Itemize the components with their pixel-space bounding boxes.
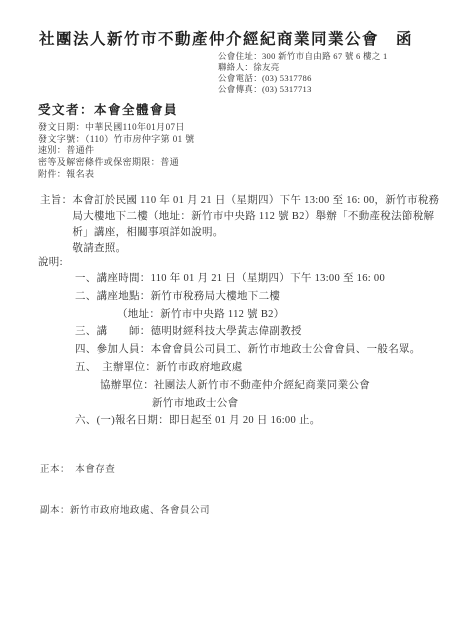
subject-section: 主旨： 本會訂於民國 110 年 01 月 21 日（星期四）下午 13:00 … (40, 193, 444, 257)
letter-page: 社團法人新竹市不動產仲介經紀商業同業公會 函 公會住址：300 新竹市自由路 6… (0, 0, 452, 640)
subject-body: 本會訂於民國 110 年 01 月 21 日（星期四）下午 13:00 至 16… (72, 193, 444, 257)
description-item: （地址：新竹市中央路 112 號 B2） (75, 306, 452, 324)
meta-line: 密等及解密條件或保密期限：普通 (38, 157, 195, 169)
description-item: 二、講座地點：新竹市稅務局大樓地下二樓 (75, 288, 452, 306)
subject-label: 主旨： (40, 193, 72, 257)
meta-line: 發文字號：（110）竹市房仲字第 01 號 (38, 134, 195, 146)
copy-duplicate-line: 副本：新竹市政府地政處、各會員公司 (40, 505, 210, 519)
description-label: 說明: (38, 254, 63, 269)
description-item: 五、 主辦單位：新竹市政府地政處 (75, 359, 452, 377)
recipient-line: 受文者：本會全體會員 (38, 100, 178, 118)
description-list: 一、講座時間：110 年 01 月 21 日（星期四）下午 13:00 至 16… (75, 270, 452, 430)
meta-line: 速別：普通件 (38, 145, 195, 157)
description-item: 六、(一)報名日期：即日起至 01 月 20 日 16:00 止。 (75, 412, 452, 430)
description-item: 協辦單位：社團法人新竹市不動產仲介經紀商業同業公會 (75, 377, 452, 395)
contact-line: 公會傳真：(03) 5317713 (218, 84, 388, 95)
contact-info: 公會住址：300 新竹市自由路 67 號 6 樓之 1聯絡人：徐友亮公會電話：(… (218, 51, 388, 95)
description-item: 四、參加人員：本會會員公司員工、新竹市地政士公會會員、一般名眾。 (75, 341, 452, 359)
copy-info: 正本： 本會存查 副本：新竹市政府地政處、各會員公司 (40, 437, 210, 545)
description-item: 一、講座時間：110 年 01 月 21 日（星期四）下午 13:00 至 16… (75, 270, 452, 288)
meta-info: 發文日期：中華民國110年01月07日發文字號：（110）竹市房仲字第 01 號… (38, 122, 195, 181)
meta-line: 發文日期：中華民國110年01月07日 (38, 122, 195, 134)
meta-line: 附件：報名表 (38, 169, 195, 181)
copy-original-line: 正本： 本會存查 (40, 464, 210, 478)
subject-closing: 敬請查照。 (72, 241, 444, 257)
contact-line: 公會電話：(03) 5317786 (218, 73, 388, 84)
description-item: 新竹市地政士公會 (75, 395, 452, 413)
contact-line: 聯絡人：徐友亮 (218, 62, 388, 73)
contact-line: 公會住址：300 新竹市自由路 67 號 6 樓之 1 (218, 51, 388, 62)
subject-text: 本會訂於民國 110 年 01 月 21 日（星期四）下午 13:00 至 16… (72, 195, 439, 238)
page-title: 社團法人新竹市不動產仲介經紀商業同業公會 函 (0, 27, 452, 49)
description-item: 三、講 師：德明財經科技大學黃志偉副教授 (75, 323, 452, 341)
